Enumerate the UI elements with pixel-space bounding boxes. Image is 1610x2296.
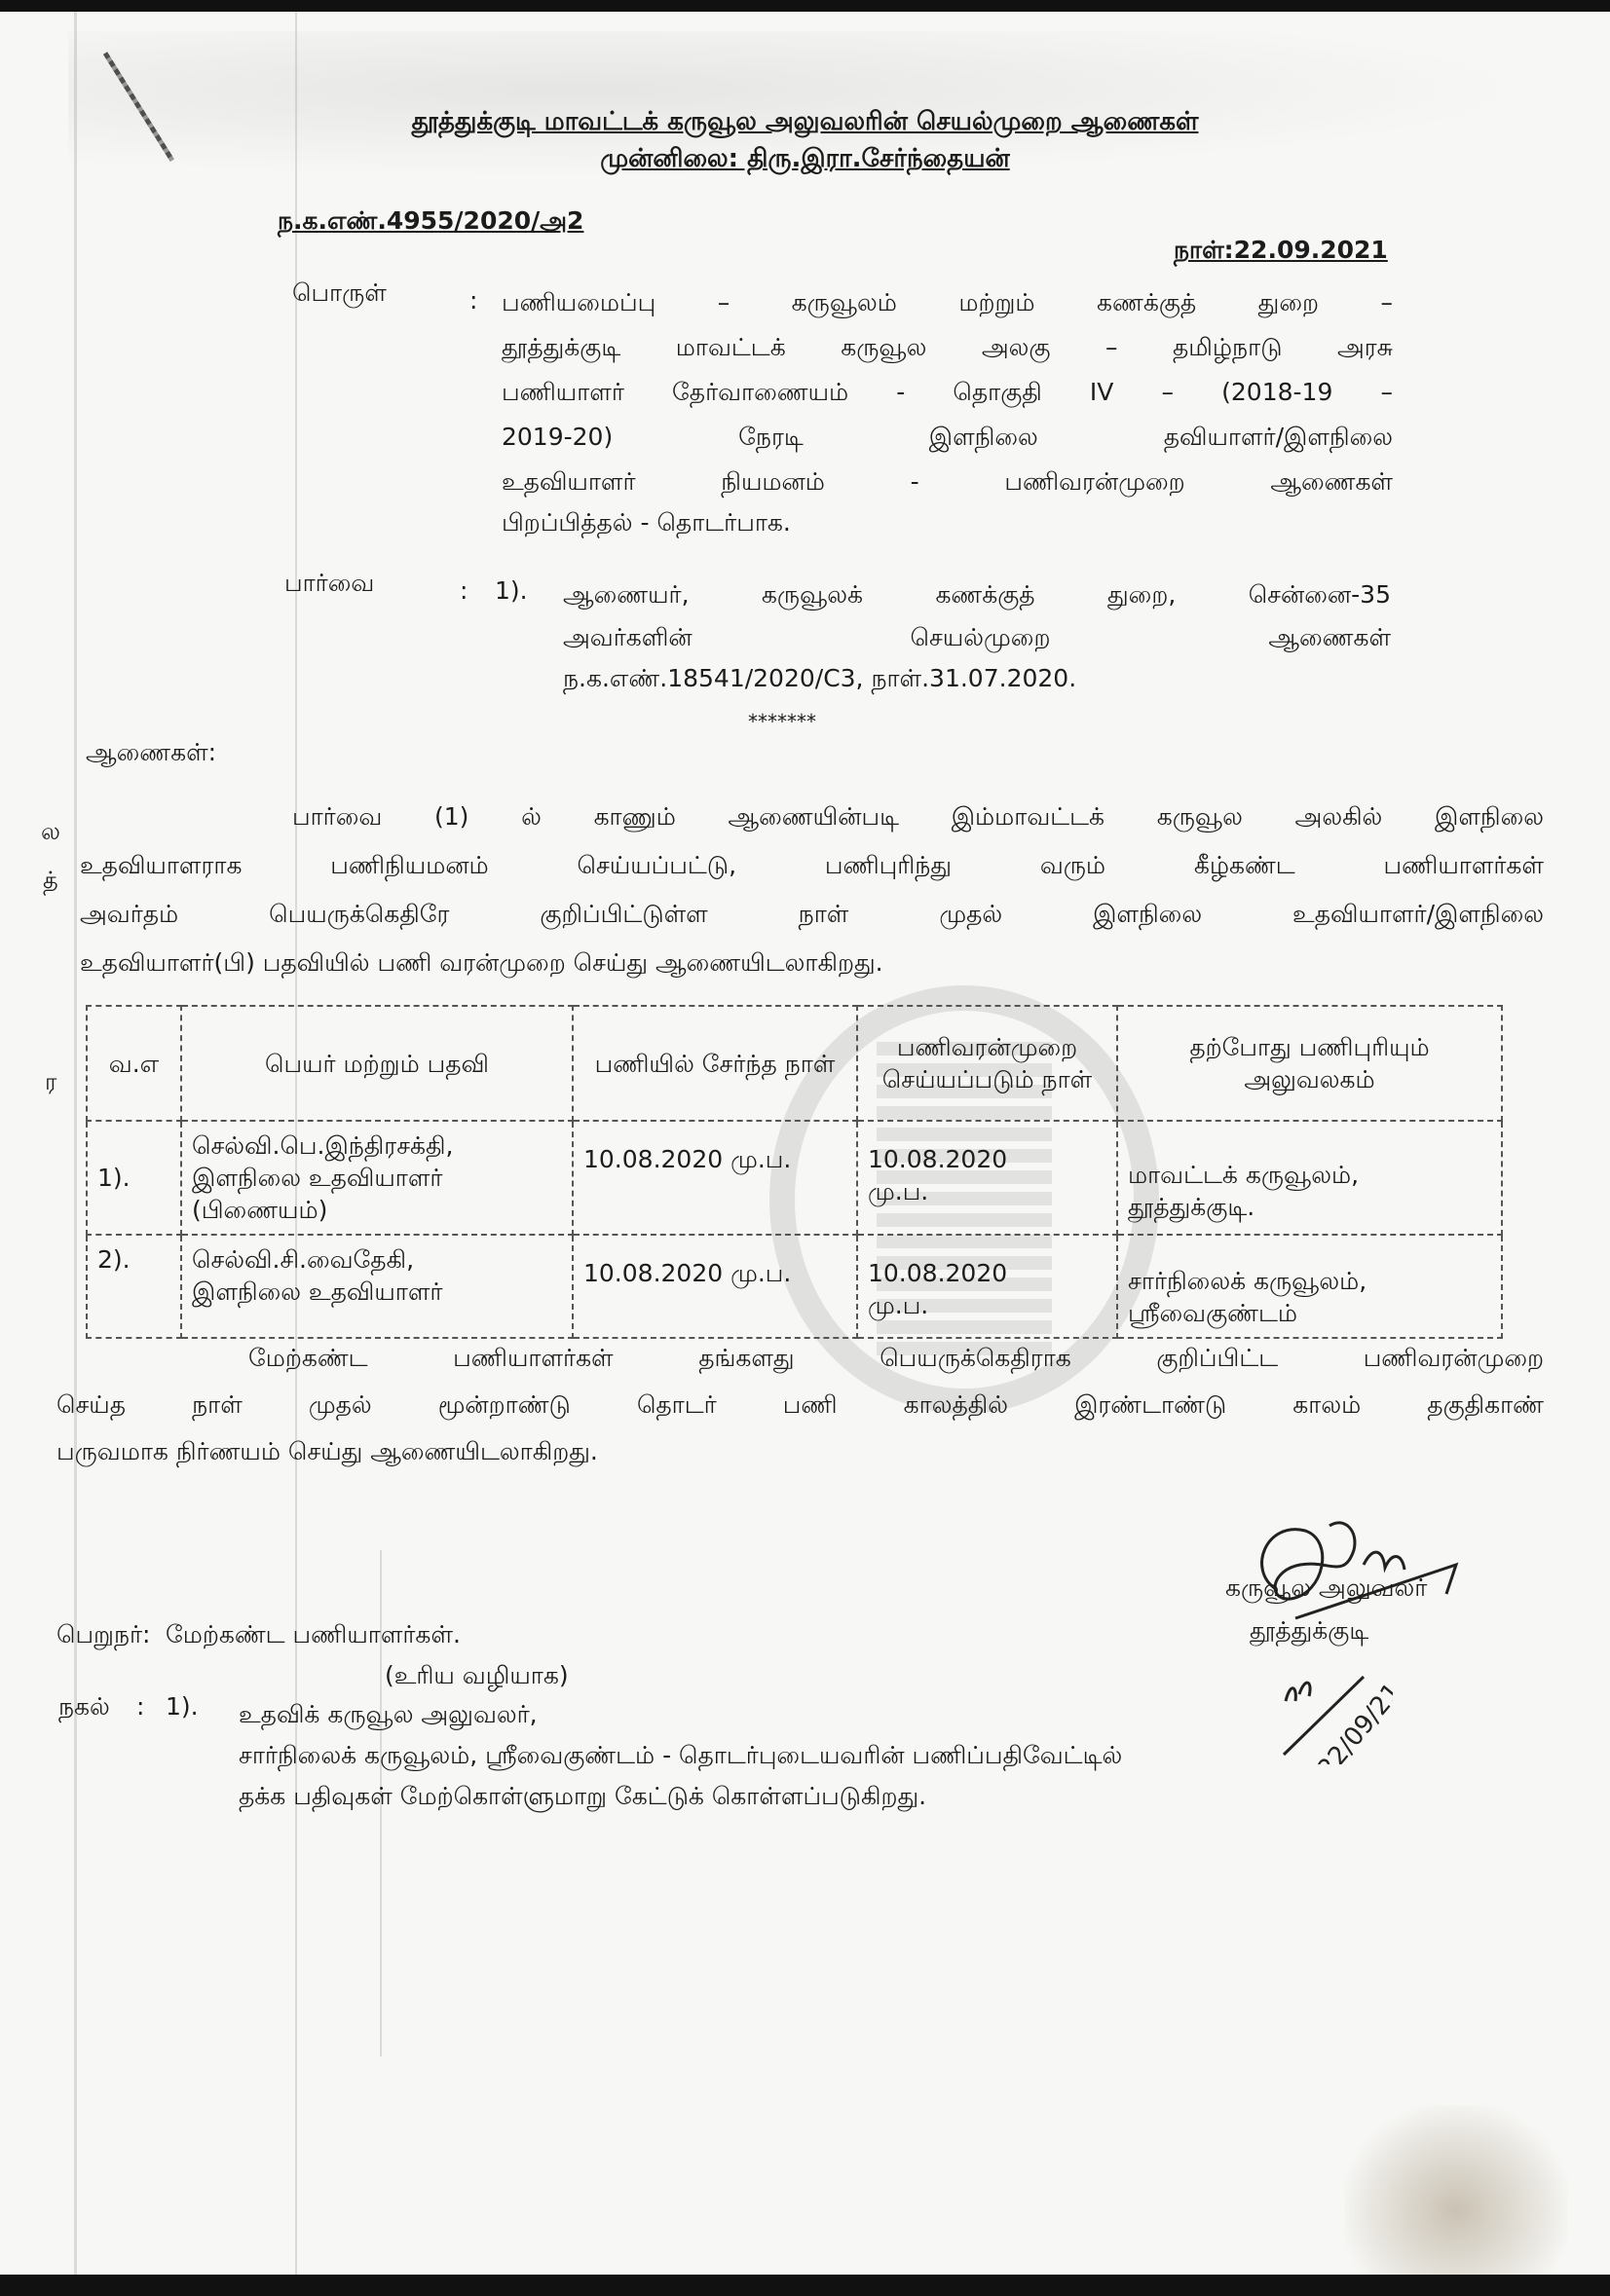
- probation-line: மேற்கண்ட பணியாளர்கள் தங்களது பெயருக்கெதி…: [248, 1342, 1544, 1375]
- regularised-date: 10.08.2020: [868, 1143, 1106, 1175]
- cell-joined: 10.08.2020 மு.ப.: [573, 1121, 857, 1235]
- table-row: 2). செல்வி.சி.வைதேகி, இளநிலை உதவியாளர் 1…: [87, 1235, 1502, 1338]
- scan-fold-line: [74, 12, 77, 2275]
- subject-line: உதவியாளர் நியமனம் - பணிவரன்முறை ஆணைகள்: [502, 465, 1393, 499]
- subject-label: பொருள்: [292, 277, 387, 310]
- copy-line: சார்நிலைக் கருவூலம், ஸ்ரீவைகுண்டம் - தொட…: [239, 1739, 1122, 1772]
- cell-serial: 2).: [87, 1235, 181, 1338]
- office-name: மாவட்டக் கருவூலம்,: [1128, 1159, 1491, 1191]
- subject-line: பணியாளர் தேர்வாணையம் - தொகுதி IV – (2018…: [502, 376, 1393, 409]
- recipient-via: (உரிய வழியாக): [385, 1659, 569, 1692]
- scanned-document-page: ல த் ர தூத்துக்குடி மாவட்டக் கருவூல அலுவ…: [0, 12, 1610, 2275]
- regularised-session: மு.ப.: [868, 1289, 1106, 1321]
- handwritten-date: 22/09/21: [1312, 1678, 1393, 1764]
- column-header-joined: பணியில் சேர்ந்த நாள்: [573, 1006, 857, 1121]
- cell-name: செல்வி.பெ.இந்திரசக்தி, இளநிலை உதவியாளர் …: [181, 1121, 573, 1235]
- copy-label: நகல்: [58, 1690, 110, 1723]
- reference-read-label: பார்வை: [284, 567, 374, 600]
- orders-line: அவர்தம் பெயருக்கெதிரே குறிப்பிட்டுள்ள நா…: [80, 898, 1544, 931]
- cell-regularised: 10.08.2020 மு.ப.: [857, 1235, 1117, 1338]
- reference-number: ந.க.எண்.4955/2020/அ2: [278, 204, 583, 238]
- subject-line: தூத்துக்குடி மாவட்டக் கருவூல அலகு – தமிழ…: [502, 331, 1393, 364]
- employee-category: (பிணையம்): [192, 1194, 562, 1226]
- employee-name: செல்வி.சி.வைதேகி,: [192, 1243, 562, 1276]
- regularisation-table: வ.எ பெயர் மற்றும் பதவி பணியில் சேர்ந்த ந…: [86, 1005, 1503, 1339]
- copy-line: உதவிக் கருவூல அலுவலர்,: [239, 1698, 538, 1731]
- column-header-serial: வ.எ: [87, 1006, 181, 1121]
- regularised-session: மு.ப.: [868, 1175, 1106, 1207]
- employee-name: செல்வி.பெ.இந்திரசக்தி,: [192, 1129, 562, 1162]
- copy-line: தக்க பதிவுகள் மேற்கொள்ளுமாறு கேட்டுக் கொ…: [239, 1780, 926, 1813]
- reference-read-item-number: 1).: [495, 574, 528, 608]
- paper-stain: [1344, 2105, 1568, 2275]
- office-place: ஸ்ரீவைகுண்டம்: [1128, 1297, 1491, 1329]
- regularised-date: 10.08.2020: [868, 1257, 1106, 1289]
- document-title: தூத்துக்குடி மாவட்டக் கருவூல அலுவலரின் ச…: [0, 107, 1610, 139]
- column-header-regularised: பணிவரன்முறை செய்யப்படும் நாள்: [857, 1006, 1117, 1121]
- cell-regularised: 10.08.2020 மு.ப.: [857, 1121, 1117, 1235]
- recipient-label: பெறுநர்:: [56, 1618, 150, 1651]
- reference-read-colon: :: [460, 574, 468, 608]
- separator: *******: [748, 705, 816, 738]
- document-date: நாள்:22.09.2021: [1174, 234, 1388, 267]
- cell-serial: 1).: [87, 1121, 181, 1235]
- orders-line: உதவியாளர்(பி) பதவியில் பணி வரன்முறை செய்…: [80, 946, 883, 980]
- recipient-value: மேற்கண்ட பணியாளர்கள்.: [166, 1618, 461, 1651]
- signatory-place: தூத்துக்குடி: [1250, 1614, 1368, 1648]
- copy-colon: :: [136, 1690, 144, 1723]
- cell-office: சார்நிலைக் கருவூலம், ஸ்ரீவைகுண்டம்: [1117, 1235, 1502, 1338]
- reference-read-line: அவர்களின் செயல்முறை ஆணைகள்: [563, 621, 1391, 654]
- column-header-office: தற்போது பணிபுரியும் அலுவலகம்: [1117, 1006, 1502, 1121]
- employee-designation: இளநிலை உதவியாளர்: [192, 1162, 562, 1194]
- subject-line: பிறப்பித்தல் - தொடர்பாக.: [502, 506, 791, 539]
- office-place: தூத்துக்குடி.: [1128, 1191, 1491, 1223]
- cell-joined: 10.08.2020 மு.ப.: [573, 1235, 857, 1338]
- cell-office: மாவட்டக் கருவூலம், தூத்துக்குடி.: [1117, 1121, 1502, 1235]
- subject-line: 2019-20) நேரடி இளநிலை தவியாளர்/இளநிலை: [502, 421, 1393, 454]
- probation-line: பருவமாக நிர்ணயம் செய்து ஆணையிடலாகிறது.: [56, 1435, 598, 1468]
- handwritten-date-initials: 22/09/21: [1276, 1657, 1393, 1764]
- orders-line: உதவியாளராக பணிநியமனம் செய்யப்பட்டு, பணிப…: [80, 849, 1544, 882]
- subject-line: பணியமைப்பு – கருவூலம் மற்றும் கணக்குத் த…: [502, 286, 1393, 319]
- table-header-row: வ.எ பெயர் மற்றும் பதவி பணியில் சேர்ந்த ந…: [87, 1006, 1502, 1121]
- signature-scribble: [1237, 1511, 1471, 1628]
- copy-item-number: 1).: [166, 1690, 199, 1723]
- margin-fragment: த்: [43, 867, 58, 897]
- probation-line: செய்த நாள் முதல் மூன்றாண்டு தொடர் பணி கா…: [56, 1389, 1544, 1422]
- margin-fragment: ர: [45, 1068, 56, 1098]
- column-header-name: பெயர் மற்றும் பதவி: [181, 1006, 573, 1121]
- margin-fragment: ல: [41, 818, 60, 848]
- office-name: சார்நிலைக் கருவூலம்,: [1128, 1265, 1491, 1297]
- signatory-designation: கருவூல அலுவலர்: [1225, 1572, 1427, 1605]
- employee-designation: இளநிலை உதவியாளர்: [192, 1276, 562, 1308]
- cell-name: செல்வி.சி.வைதேகி, இளநிலை உதவியாளர்: [181, 1235, 573, 1338]
- reference-read-line: ந.க.எண்.18541/2020/C3, நாள்.31.07.2020.: [563, 662, 1076, 695]
- table-row: 1). செல்வி.பெ.இந்திரசக்தி, இளநிலை உதவியா…: [87, 1121, 1502, 1235]
- presiding-officer: முன்னிலை: திரு.இரா.சேர்ந்தையன்: [0, 144, 1610, 176]
- orders-line: பார்வை (1) ல் காணும் ஆணையின்படி இம்மாவட்…: [292, 800, 1544, 833]
- subject-colon: :: [469, 284, 477, 317]
- reference-read-line: ஆணையர், கருவூலக் கணக்குத் துறை, சென்னை-3…: [563, 578, 1391, 611]
- orders-label: ஆணைகள்:: [86, 736, 216, 769]
